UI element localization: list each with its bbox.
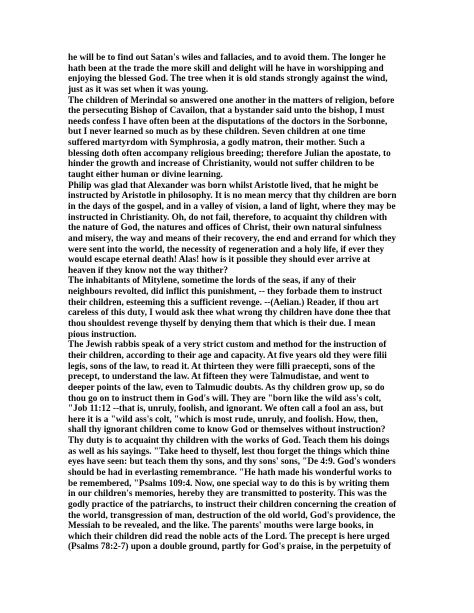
paragraph: he will be to find out Satan's wiles and… (68, 52, 424, 95)
paragraph: Philip was glad that Alexander was born … (68, 180, 424, 276)
document-text: he will be to find out Satan's wiles and… (68, 52, 424, 552)
paragraph: The inhabitants of Mitylene, sometime th… (68, 275, 424, 339)
document-page: he will be to find out Satan's wiles and… (0, 0, 474, 613)
paragraph: The Jewish rabbis speak of a very strict… (68, 339, 424, 552)
paragraph: The children of Merindal so answered one… (68, 95, 424, 180)
